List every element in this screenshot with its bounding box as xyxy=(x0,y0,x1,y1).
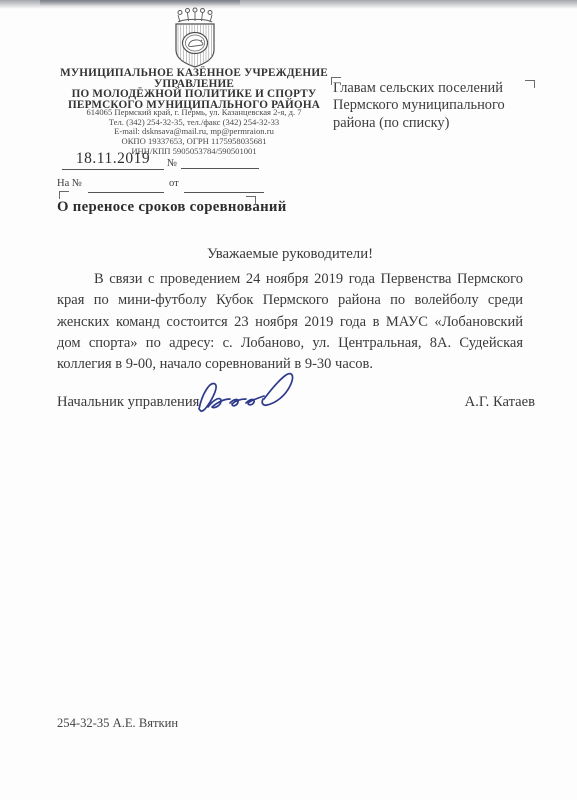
signatory-position: Начальник управления xyxy=(57,394,199,411)
addressee-block: Главам сельских поселений Пермского муни… xyxy=(333,80,535,132)
letter-number-blank-line xyxy=(181,152,259,169)
subject-line: О переносе сроков соревнований xyxy=(57,199,287,216)
number-sign-label: № xyxy=(167,158,177,169)
handwritten-signature-icon xyxy=(193,368,305,424)
scan-edge-smudge xyxy=(40,0,240,6)
org-name-block: МУНИЦИПАЛЬНОЕ КАЗЁННОЕ УЧРЕЖДЕНИЕ УПРАВЛ… xyxy=(55,68,333,110)
reply-from-blank-line xyxy=(184,176,264,193)
signatory-name: А.Г. Катаев xyxy=(465,394,535,411)
scanned-letter-page: МУНИЦИПАЛЬНОЕ КАЗЁННОЕ УЧРЕЖДЕНИЕ УПРАВЛ… xyxy=(0,0,577,800)
salutation: Уважаемые руководители! xyxy=(57,246,523,263)
reply-number-blank-line xyxy=(88,176,164,193)
reply-reference-row: На № от xyxy=(55,176,333,194)
reply-from-label: от xyxy=(169,178,179,189)
addressee-line: Пермского муниципального xyxy=(333,97,535,114)
letter-date: 18.11.2019 xyxy=(62,150,164,170)
org-name-line: МУНИЦИПАЛЬНОЕ КАЗЁННОЕ УЧРЕЖДЕНИЕ xyxy=(55,68,333,79)
coat-of-arms-icon xyxy=(167,7,223,69)
reply-number-label: На № xyxy=(57,178,82,189)
subject-corner-mark-left xyxy=(59,191,69,199)
date-number-row: 18.11.2019 № xyxy=(55,150,333,172)
addressee-line: Главам сельских поселений xyxy=(333,80,535,97)
body-paragraph: В связи с проведением 24 ноября 2019 год… xyxy=(57,269,523,375)
executor-contact: 254-32-35 А.Е. Вяткин xyxy=(57,716,178,731)
addressee-line: района (по списку) xyxy=(333,115,535,132)
